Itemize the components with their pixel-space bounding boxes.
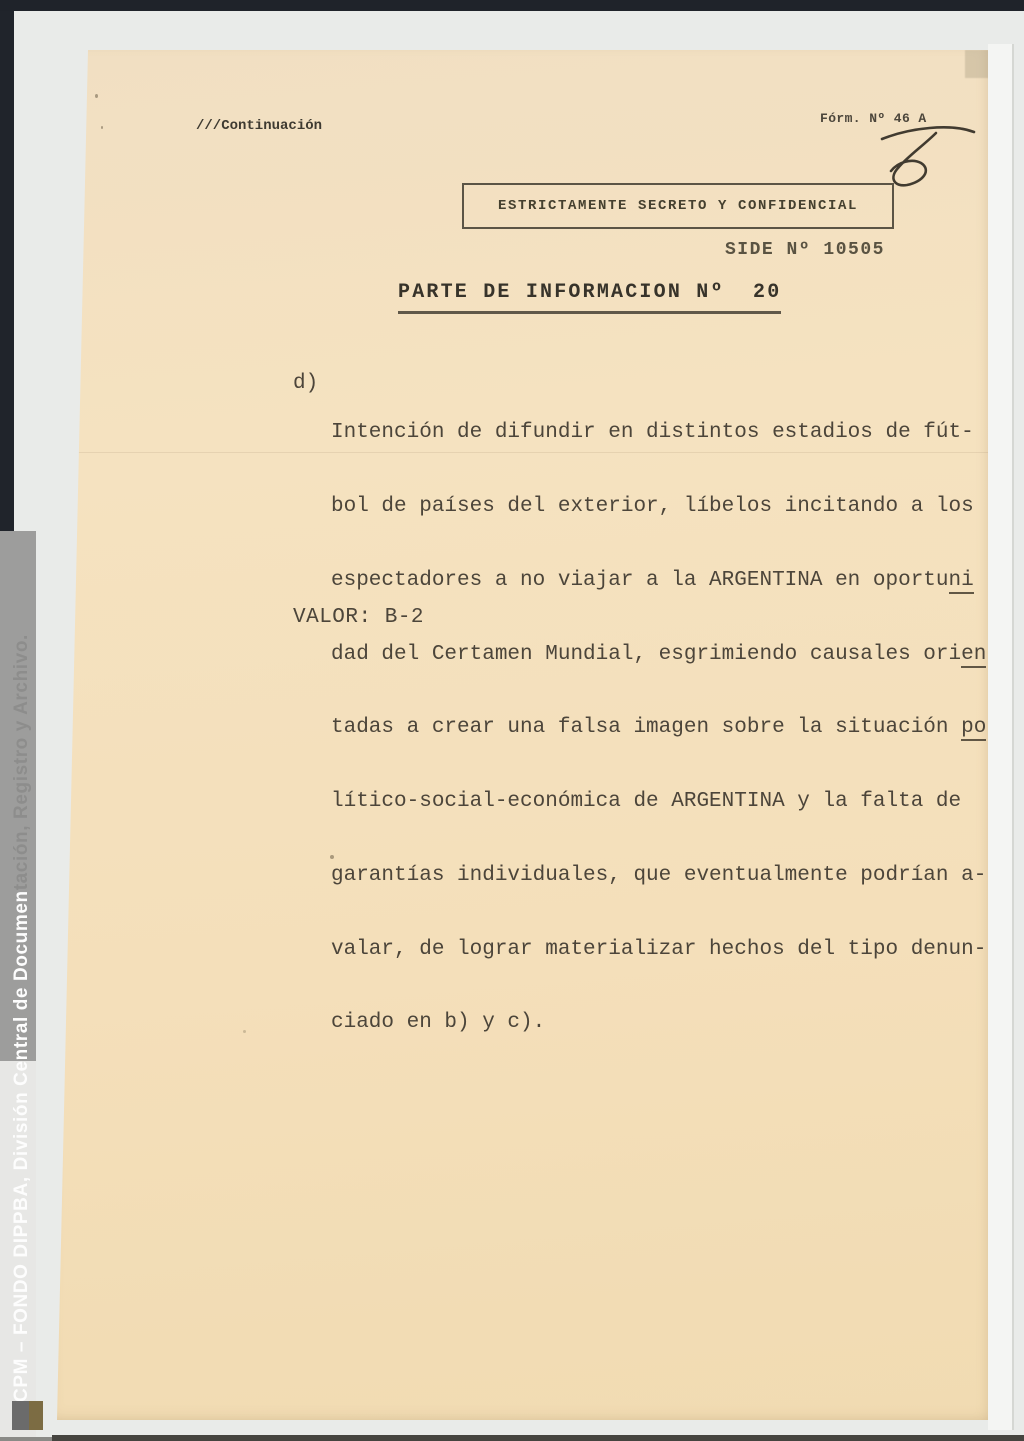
paper-speck xyxy=(101,126,103,129)
paper-speck xyxy=(67,88,70,91)
body-line: lítico-social-económica de ARGENTINA y l… xyxy=(331,790,986,815)
archive-logo-square xyxy=(12,1401,29,1430)
document-page: ///Continuación Fórm. Nº 46 A 5 ESTRICTA… xyxy=(57,50,988,1420)
document-title: PARTE DE INFORMACION Nº 20 xyxy=(398,281,781,314)
item-d-label: d) xyxy=(293,372,318,395)
continuation-label: ///Continuación xyxy=(196,118,322,134)
handwritten-page-number: 5 xyxy=(852,118,982,193)
scanned-archive-document: { "banner": { "text": "CPM – FONDO DIPPB… xyxy=(0,0,1024,1441)
archive-watermark-banner: CPM – FONDO DIPPBA, División Central de … xyxy=(5,552,39,1402)
classification-stamp: ESTRICTAMENTE SECRETO Y CONFIDENCIAL xyxy=(462,183,894,229)
body-line: bol de países del exterior, líbelos inci… xyxy=(331,495,986,520)
scan-left-border xyxy=(0,11,14,531)
scan-bottom-border-left xyxy=(0,1437,52,1441)
body-line: valar, de lograr materializar hechos del… xyxy=(331,938,986,963)
ink-dot xyxy=(243,1030,246,1033)
page-right-edge xyxy=(988,44,1014,1430)
body-line: dad del Certamen Mundial, esgrimiendo ca… xyxy=(331,643,986,668)
handwriting-stroke xyxy=(852,118,982,193)
scan-bottom-border xyxy=(52,1435,1024,1441)
body-line: tadas a crear una falsa imagen sobre la … xyxy=(331,716,986,741)
body-line: ciado en b) y c). xyxy=(331,1011,986,1036)
archive-logo-square-overlap xyxy=(29,1401,43,1430)
scan-top-border xyxy=(0,0,1024,11)
side-number: SIDE Nº 10505 xyxy=(725,240,885,260)
body-line: espectadores a no viajar a la ARGENTINA … xyxy=(331,569,986,594)
body-line: garantías individuales, que eventualment… xyxy=(331,864,986,889)
body-line: Intención de difundir en distintos estad… xyxy=(331,421,986,446)
body-paragraph: Intención de difundir en distintos estad… xyxy=(331,372,986,1085)
paper-speck xyxy=(95,94,98,98)
valor-rating: VALOR: B-2 xyxy=(293,606,424,629)
